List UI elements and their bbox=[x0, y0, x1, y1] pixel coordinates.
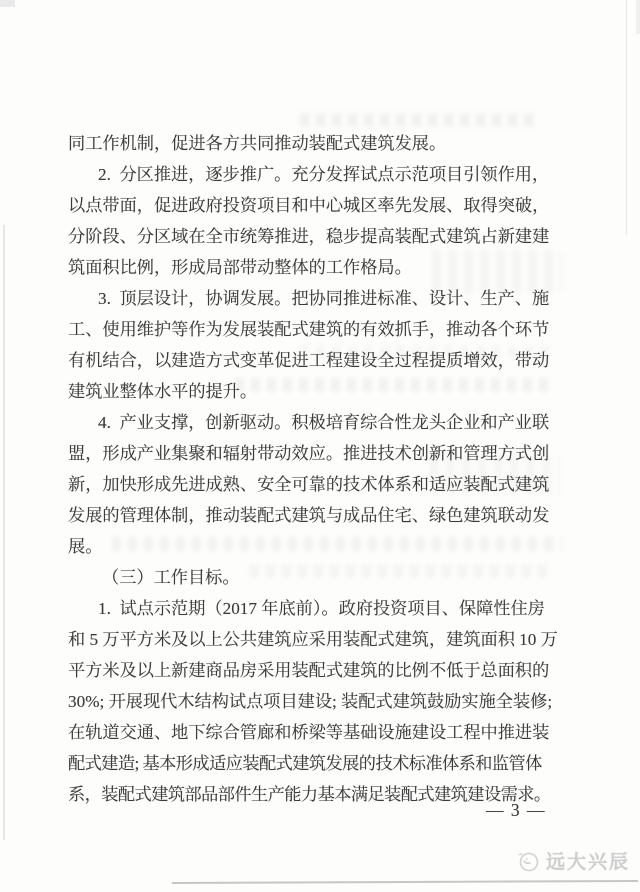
text-line: 工、使用维护等作为发展装配式建筑的有效抓手，推动各个环节 bbox=[68, 314, 550, 345]
text-line: 同工作机制，促进各方共同推动装配式建筑发展。 bbox=[68, 128, 550, 159]
text-line: 2. 分区推进，逐步推广。充分发挥试点示范项目引领作用， bbox=[68, 159, 550, 190]
text-line: 1. 试点示范期（2017 年底前）。政府投资项目、保障性住房 bbox=[68, 593, 550, 624]
text-line: 以点带面，促进政府投资项目和中心城区率先发展、取得突破， bbox=[68, 190, 550, 221]
whale-logo-icon bbox=[514, 849, 540, 873]
text-line: 分阶段、分区域在全市统筹推进，稳步提高装配式建筑占新建建 bbox=[68, 221, 550, 252]
text-line: 系，装配式建筑部品部件生产能力基本满足装配式建筑建设需求。 bbox=[68, 779, 550, 810]
scan-artifact bbox=[300, 113, 540, 127]
text-line: 有机结合，以建造方式变革促进工程建设全过程提质增效，带动 bbox=[68, 345, 550, 376]
text-line: 4. 产业支撑，创新驱动。积极培育综合性龙头企业和产业联 bbox=[68, 407, 550, 438]
scan-artifact bbox=[3, 225, 5, 840]
text-line: 在轨道交通、地下综合管廊和桥梁等基础设施建设工程中推进装 bbox=[68, 717, 550, 748]
footer-rule bbox=[172, 880, 638, 884]
page-number: — 3 — bbox=[486, 800, 546, 821]
scan-artifact bbox=[626, 0, 627, 235]
watermark: 远大兴辰 bbox=[514, 847, 630, 874]
text-line: 发展的管理体制，推动装配式建筑与成品住宅、绿色建筑联动发 bbox=[68, 500, 550, 531]
text-line: 平方米及以上新建商品房采用装配式建筑的比例不低于总面积的 bbox=[68, 655, 550, 686]
text-line: 筑面积比例，形成局部带动整体的工作格局。 bbox=[68, 252, 550, 283]
text-line: 建筑业整体水平的提升。 bbox=[68, 376, 550, 407]
text-line: 新，加快形成先进成熟、安全可靠的技术体系和适应装配式建筑 bbox=[68, 469, 550, 500]
text-line: 盟，形成产业集聚和辐射带动效应。推进技术创新和管理方式创 bbox=[68, 438, 550, 469]
text-line: 配式建造; 基本形成适应装配式建筑发展的技术标准体系和监管体 bbox=[68, 748, 550, 779]
scan-artifact bbox=[0, 0, 15, 7]
scanned-page: 同工作机制，促进各方共同推动装配式建筑发展。 2. 分区推进，逐步推广。充分发挥… bbox=[0, 0, 640, 892]
text-line: 3. 顶层设计，协调发展。把协同推进标准、设计、生产、施 bbox=[68, 283, 550, 314]
watermark-label: 远大兴辰 bbox=[546, 847, 630, 874]
document-body-text: 同工作机制，促进各方共同推动装配式建筑发展。 2. 分区推进，逐步推广。充分发挥… bbox=[68, 128, 550, 810]
scan-artifact bbox=[636, 0, 640, 34]
section-heading-line: （三）工作目标。 bbox=[68, 562, 550, 593]
text-line: 展。 bbox=[68, 531, 550, 562]
text-line: 和 5 万平方米及以上公共建筑应采用装配式建筑，建筑面积 10 万 bbox=[68, 624, 550, 655]
text-line: 30%; 开展现代木结构试点项目建设; 装配式建筑鼓励实施全装修; bbox=[68, 686, 550, 717]
